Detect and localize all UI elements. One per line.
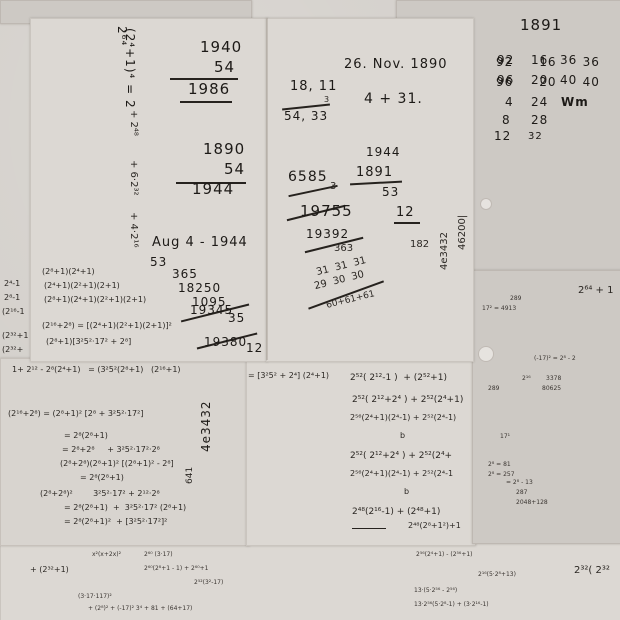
factor-line: (2⁸+1)[3²5²·17² + 2⁸]	[46, 338, 131, 346]
mid-line: b	[404, 488, 409, 496]
bottom-line: 2⁵²(3²-17)	[194, 580, 223, 586]
factor-line: (2⁴+1)(2²+1)(2+1)	[44, 282, 120, 290]
derivation-line: 1+ 2¹² - 2⁸(2⁴+1) = (3²5²(2⁸+1) (2¹⁶+1)	[12, 366, 181, 374]
day-count-3: 19345	[190, 304, 233, 317]
sum-1890-b: 54	[224, 162, 245, 178]
product-line2: 19392	[306, 228, 349, 241]
right-line: = 2⁸ - 13	[506, 480, 533, 486]
date-aug-1944: Aug 4 - 1944	[152, 236, 248, 250]
derivation-line: = 2⁸(2⁸+1)	[80, 474, 124, 482]
right-line: 17² = 4913	[482, 306, 516, 312]
right-line: 2⁸ = 81	[488, 462, 511, 468]
sum-4-31: 4 + 31.	[364, 92, 423, 107]
product-line3: 363	[334, 244, 353, 255]
right-line: 3378	[546, 376, 561, 382]
table-cell: 16	[531, 54, 548, 67]
table-cell: 40	[560, 74, 577, 87]
derivation-line: = 2⁸+2⁸ + 3²5²·17²·2⁸	[62, 446, 160, 454]
table-cell: 12	[494, 130, 511, 143]
age-calc-a: 18, 11	[290, 80, 337, 94]
mid-line: 2⁵²( 2¹²+2⁴ ) + 2⁵²(2⁴+	[350, 452, 452, 461]
sum-1890-a: 1890	[203, 142, 245, 158]
mid-line: b	[400, 432, 405, 440]
factor-line: (2⁸+1)(2⁴+1)(2²+1)(2+1)	[44, 296, 146, 304]
factor-line: (2⁸+1)(2⁴+1)	[42, 268, 95, 276]
age-calc-result: 54, 33	[284, 110, 328, 123]
sideways-number: 46200|	[458, 215, 469, 250]
right-line: 287	[516, 490, 527, 496]
product-a: 6585	[288, 170, 328, 185]
right-line: (-17)² = 2⁸ - 2	[534, 356, 576, 362]
margin-line: (2³²+1	[2, 332, 28, 340]
bottom-line: + (2³²+1)	[30, 566, 69, 574]
right-line: 80625	[542, 386, 561, 392]
table-cell: 92	[497, 54, 514, 67]
manuscript-collage: 1940 54 1986 1890 54 1944 Aug 4 - 1944 5…	[0, 0, 620, 620]
table-cell: 24	[531, 96, 548, 109]
right-line: 2⁸ = 257	[488, 472, 515, 478]
year-diff-a: 1944	[366, 146, 401, 159]
derivation-line: = 2⁸(2⁸+1)² + [3²5²·17²]²	[64, 518, 167, 526]
derivation-line: (2¹⁶+2⁸) = (2⁸+1)² [2⁸ + 3²5²·17²]	[8, 410, 143, 418]
day-count-0: 365	[172, 268, 198, 281]
product-result: 19755	[300, 204, 353, 220]
mid-top-line: = [3²5² + 2⁴] (2⁴+1)	[248, 372, 329, 380]
right-line: 2¹⁶	[522, 376, 531, 382]
table-cell: 28	[531, 114, 548, 127]
derivation-line: (2⁸+2⁸)(2⁸+1)² [(2⁸+1)² - 2⁸]	[60, 460, 174, 468]
twelve: 12	[396, 206, 415, 220]
bottom-line: 2⁵⁶(2⁴+1) - (2⁵⁶+1)	[416, 552, 473, 558]
margin-line: (2¹⁶-1	[2, 308, 25, 316]
right-line: 17¹	[500, 434, 510, 440]
formula-part: + 4·2¹⁶	[128, 212, 139, 247]
day-count-6: 12	[246, 342, 263, 355]
margin-line: 2⁴-1	[4, 280, 20, 288]
table-cell: 36	[560, 54, 577, 67]
derivation-line: = 2⁸(2⁸+1) + 3²5²·17² (2⁸+1)	[64, 504, 186, 512]
bottom-line: 2⁶⁰ (3·17)	[144, 552, 173, 558]
table-cell: 96	[497, 74, 514, 87]
day-count-5: 19380	[204, 336, 247, 349]
bottom-line: 13·2⁵⁶(5·2⁸-1) + (3·2¹⁶-1)	[414, 602, 489, 608]
factor-line: (2¹⁶+2⁸) = [(2⁴+1)(2²+1)(2+1)]²	[42, 322, 172, 330]
right-line: 2048+128	[516, 500, 548, 506]
table-cell: 8	[502, 114, 511, 127]
punch-hole	[478, 346, 494, 362]
derivation-line: = 2⁸(2⁸+1)	[64, 432, 108, 440]
table-cell: Wm	[561, 96, 589, 109]
sideways-number: 4e3432	[440, 232, 451, 270]
bottom-line: (3·17·117)²	[78, 594, 112, 600]
day-count-4: 35	[228, 312, 245, 325]
sum-1940-a: 1940	[200, 40, 242, 56]
bottom-line: 2³²( 2³²	[574, 566, 610, 577]
table-cell: 32	[528, 132, 543, 143]
page-fold	[266, 18, 268, 360]
right-line: 289	[488, 386, 499, 392]
bottom-line: 13·(5·2⁵⁶ - 2⁵⁶)	[414, 588, 457, 594]
mid-line: 2⁵⁶(2⁴+1)(2⁴-1) + 2⁵²(2⁴-1)	[350, 414, 456, 422]
right-line: 289	[510, 296, 521, 302]
year-diff-result: 53	[382, 186, 399, 199]
margin-line: 2⁸-1	[4, 294, 20, 302]
margin-line: (2³²+	[2, 346, 23, 354]
sideways-number: 4e3432	[200, 400, 213, 452]
one82: 182	[410, 240, 429, 251]
mid-line: 2⁵²( 2¹²+2⁴ ) + 2⁵²(2⁴+1)	[352, 396, 463, 405]
sum-1890-total: 1944	[192, 182, 234, 198]
sum-underline	[180, 101, 232, 103]
bottom-line: + (2⁸)² + (-17)² 3⁴ + 81 + (64+17)	[88, 606, 192, 612]
formula-part: + 6·2³²	[128, 160, 139, 195]
bottom-line: 2¹⁶(5·2⁸+13)	[478, 572, 516, 578]
bottom-line: x²(x+2x)²	[92, 552, 121, 558]
sum-1940-b: 54	[214, 60, 235, 76]
mid-line: 2⁴⁸(2¹⁶-1) + (2⁴⁸+1)	[352, 508, 440, 517]
sideways-number: 641	[186, 467, 195, 484]
day-count-1: 18250	[178, 282, 221, 295]
mid-line: 2⁵²( 2¹²-1 ) + (2⁵²+1)	[350, 374, 447, 383]
sum-1940-total: 1986	[188, 82, 230, 98]
table-cell: 20	[531, 74, 548, 87]
mid-line: 2⁵⁶(2⁴+1)(2⁴-1) + 2⁵²(2⁴-1	[350, 470, 453, 478]
formula-part: (2⁴+1)⁴ = 2	[123, 28, 136, 109]
table-cell: 36	[583, 56, 600, 76]
formula-part: + 2⁴⁸	[128, 110, 139, 136]
derivation-line: (2⁸+2⁸)² 3²5²·17² + 2¹²·2⁸	[40, 490, 160, 498]
mid-underline	[352, 528, 386, 529]
year-diff-b: 1891	[356, 166, 393, 180]
punch-hole	[480, 198, 492, 210]
age-53: 53	[150, 256, 167, 269]
table-cell: 4	[505, 96, 514, 109]
bottom-line: 2⁶⁰(2⁸+1 - 1) + 2⁶⁰+1	[144, 566, 209, 572]
date-nov-1890: 26. Nov. 1890	[344, 58, 448, 72]
product-b: 3	[330, 182, 336, 193]
year-1891: 1891	[520, 18, 562, 34]
mid-line: 2⁴⁸(2⁸+1²)+1	[408, 522, 461, 530]
table-cell: 40	[583, 76, 600, 96]
twelve-underline	[394, 222, 420, 224]
